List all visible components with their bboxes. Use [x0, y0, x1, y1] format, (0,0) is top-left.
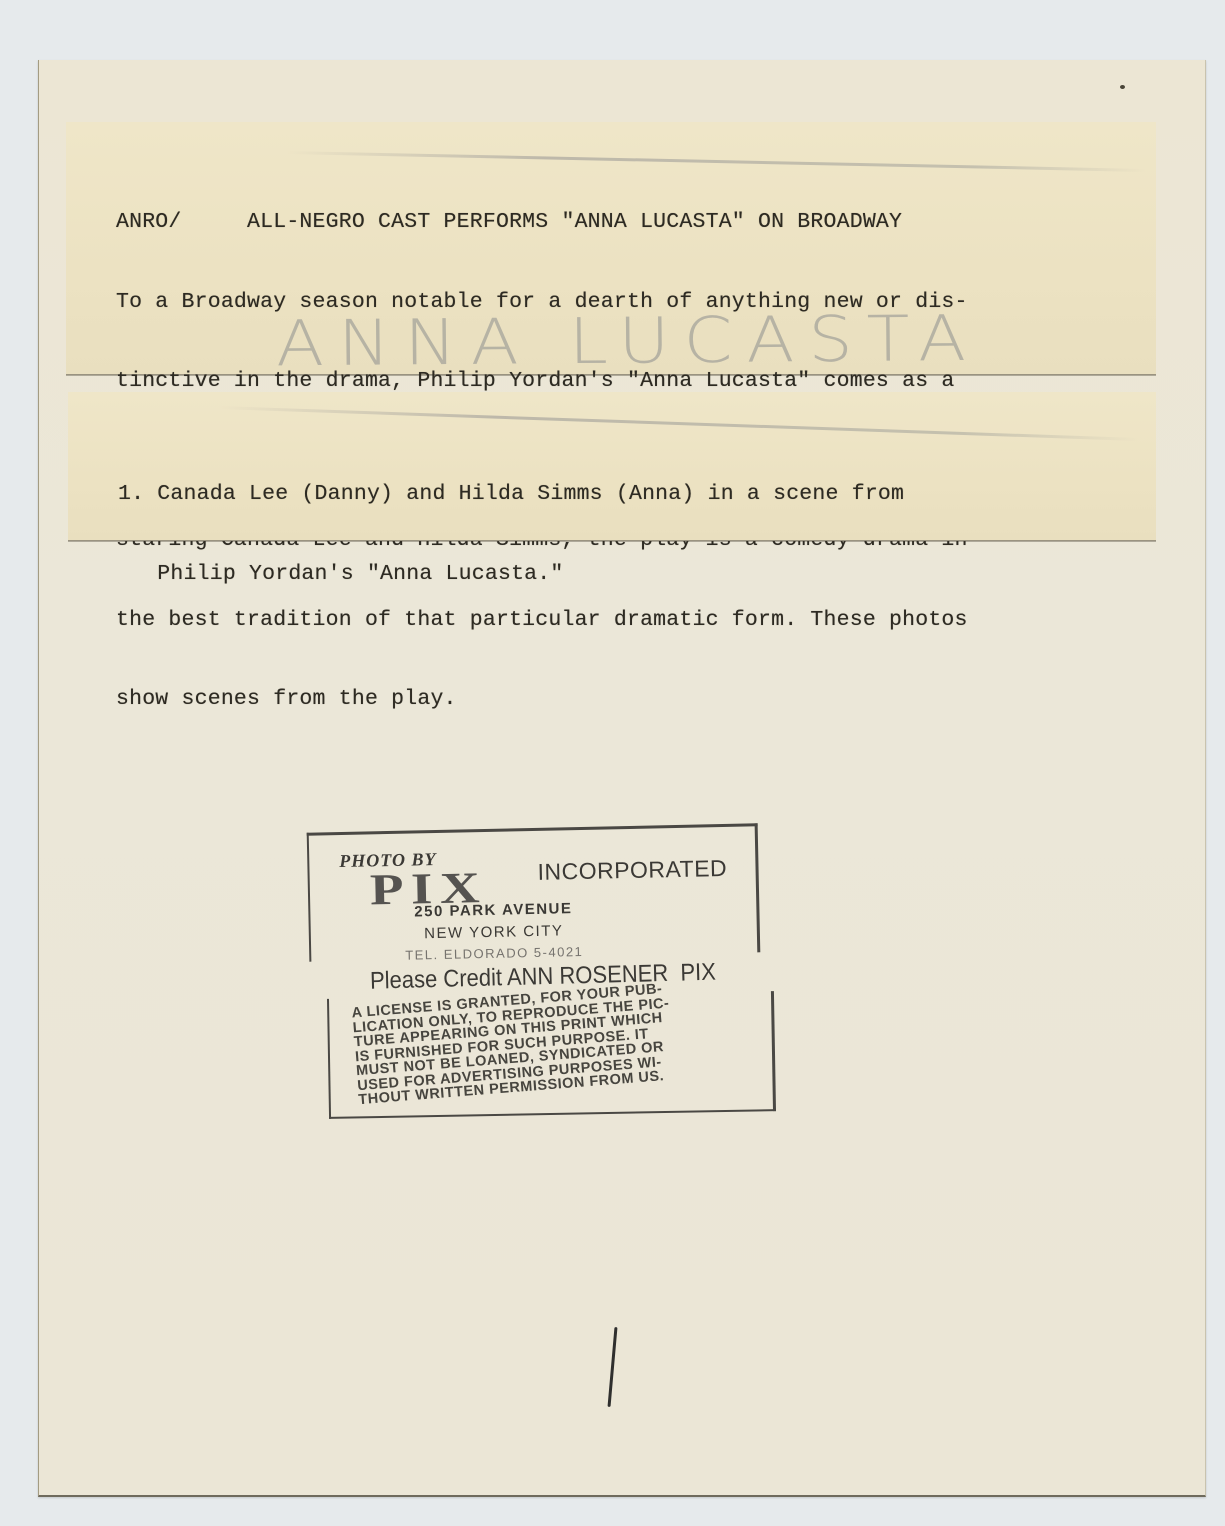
ink-spot — [1120, 85, 1125, 89]
agency-stamp: PHOTO BY PIX INCORPORATED 250 PARK AVENU… — [307, 823, 761, 961]
address-line-1: 250 PARK AVENUE — [270, 897, 716, 923]
caption-line: show scenes from the play. — [116, 686, 968, 713]
caption-line: To a Broadway season notable for a deart… — [116, 289, 968, 316]
license-stamp: A LICENSE IS GRANTED, FOR YOUR PUB- LICA… — [327, 991, 776, 1119]
photo-caption-text: 1. Canada Lee (Danny) and Hilda Simms (A… — [118, 428, 904, 640]
address-line-2: NEW YORK CITY — [271, 919, 717, 945]
caption-headline-line: ANRO/ ALL-NEGRO CAST PERFORMS "ANNA LUCA… — [116, 209, 968, 236]
photo-caption-slip: 1. Canada Lee (Danny) and Hilda Simms (A… — [68, 392, 1156, 541]
photo-caption-line: 1. Canada Lee (Danny) and Hilda Simms (A… — [118, 481, 904, 508]
photo-caption-line: Philip Yordan's "Anna Lucasta." — [118, 561, 904, 588]
incorporated-label: INCORPORATED — [537, 855, 727, 886]
caption-slip: ANNA LUCASTA ANRO/ ALL-NEGRO CAST PERFOR… — [66, 122, 1156, 375]
caption-line: tinctive in the drama, Philip Yordan's "… — [116, 368, 968, 395]
